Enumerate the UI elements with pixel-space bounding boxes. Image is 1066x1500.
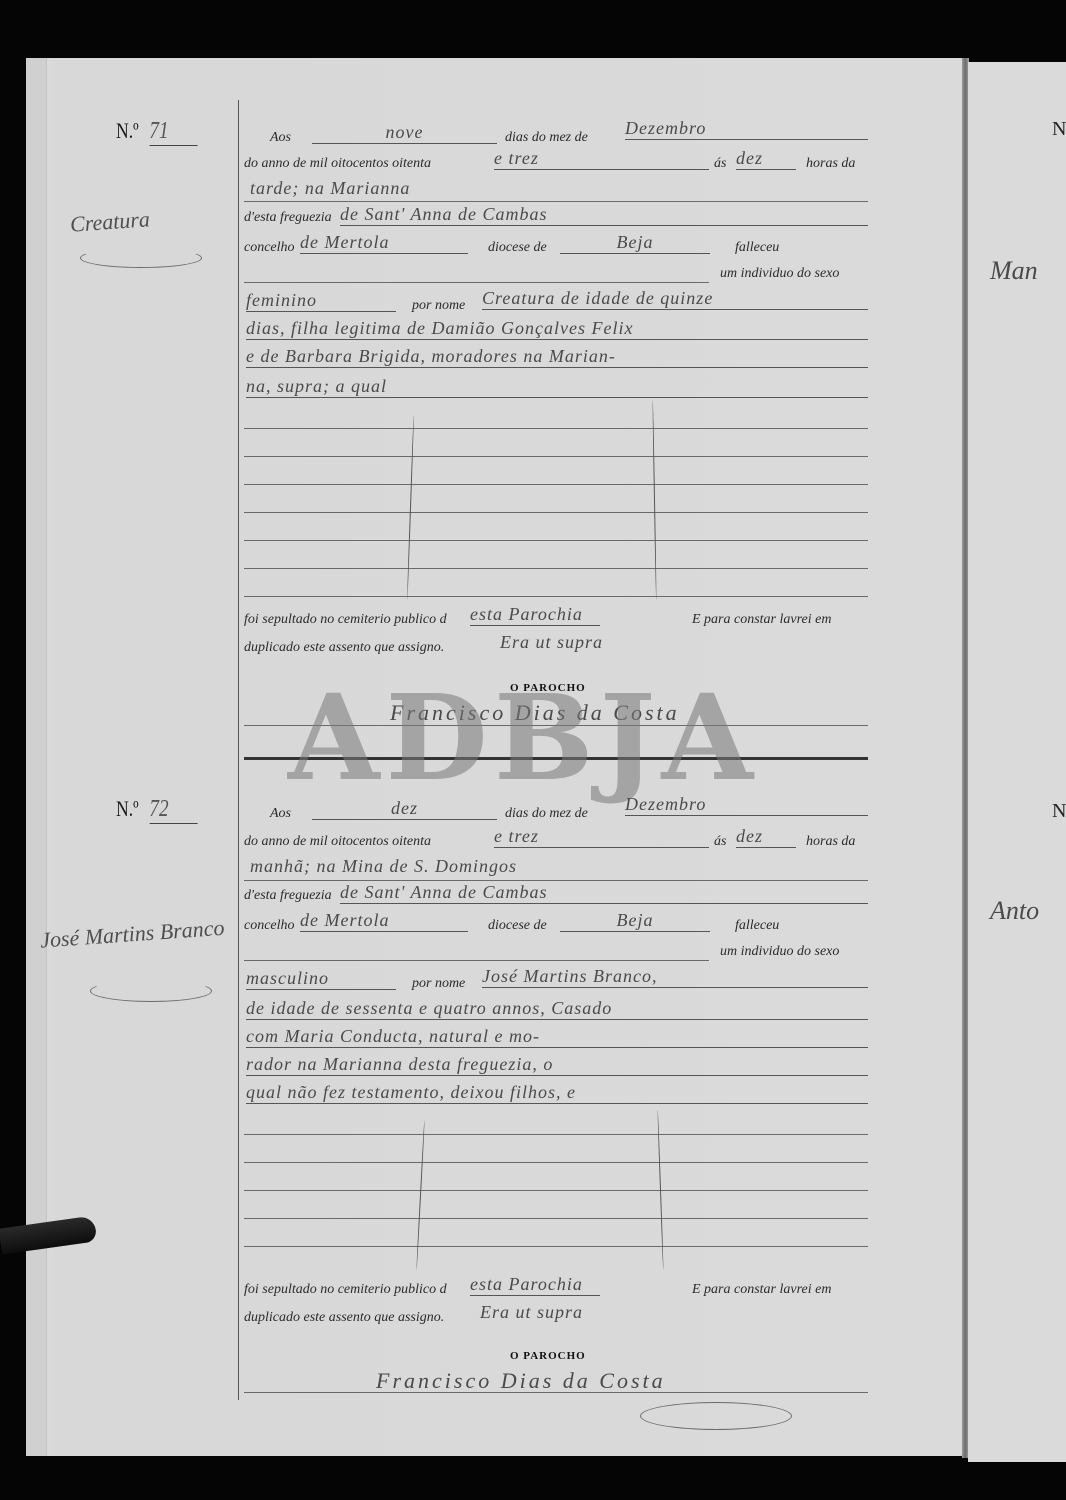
flourish-icon [90, 980, 212, 1002]
ruled-line [244, 1218, 868, 1219]
parocho-signature: Francisco Dias da Costa [376, 1368, 666, 1394]
next-page-number-label: N [1052, 118, 1066, 141]
hour-field: dez [736, 148, 796, 170]
entry-number-value: 71 [149, 118, 197, 146]
ruled-line [244, 282, 709, 283]
year-field: e trez [494, 826, 709, 848]
details-line: com Maria Conducta, natural e mo- [246, 1026, 868, 1048]
ruled-line [244, 960, 709, 961]
details-line: dias, filha legitima de Damião Gonçalves… [246, 318, 868, 340]
watermark: ADBJA [288, 668, 759, 807]
details-line: qual não fez testamento, deixou filhos, … [246, 1082, 868, 1104]
time-place-field: tarde; na Marianna [250, 178, 410, 199]
concelho-field: de Mertola [300, 910, 468, 932]
name-details-line: Creatura de idade de quinze [482, 288, 868, 310]
diocese-field: Beja [560, 910, 710, 932]
details-line: e de Barbara Brigida, moradores na Maria… [246, 346, 868, 368]
month-field: Dezembro [625, 794, 868, 816]
ruled-line [244, 1246, 868, 1247]
margin-rule [238, 100, 239, 1400]
sex-field: feminino [246, 290, 396, 312]
ruled-line [244, 456, 868, 457]
next-page-margin-name: Man [990, 256, 1038, 286]
day-field: nove [312, 122, 497, 144]
ruled-line [244, 880, 868, 881]
next-page-number-label: N [1052, 800, 1066, 823]
parocho-label: O PAROCHO [510, 1350, 586, 1362]
flourish-icon [80, 248, 202, 268]
sex-field: masculino [246, 968, 396, 990]
entry-number-value: 72 [149, 796, 197, 824]
signature-line [244, 1392, 868, 1393]
day-field: dez [312, 798, 497, 820]
ruled-line [244, 1134, 868, 1135]
cemetery-field: esta Parochia [470, 1274, 600, 1296]
month-field: Dezembro [625, 118, 868, 140]
details-line: na, supra; a qual [246, 376, 868, 398]
entry-number: N.º 72 [116, 796, 197, 824]
cemetery-field: esta Parochia [470, 604, 600, 626]
details-line: de idade de sessenta e quatro annos, Cas… [246, 998, 868, 1020]
time-place-field: manhã; na Mina de S. Domingos [250, 856, 517, 877]
ruled-line [244, 568, 868, 569]
ruled-line [244, 428, 868, 429]
margin-name: Creatura [69, 205, 151, 239]
ruled-line [244, 1162, 868, 1163]
ruled-line [244, 596, 868, 597]
name-details-line: José Martins Branco, [482, 966, 868, 988]
ruled-line [244, 540, 868, 541]
ruled-line [244, 484, 868, 485]
diocese-field: Beja [560, 232, 710, 254]
ruled-line [244, 1190, 868, 1191]
freguezia-field: de Sant' Anna de Cambas [340, 882, 868, 904]
era-ut-supra: Era ut supra [500, 632, 603, 653]
ruled-line [244, 201, 868, 202]
freguezia-field: de Sant' Anna de Cambas [340, 204, 868, 226]
details-line: rador na Marianna desta freguezia, o [246, 1054, 868, 1076]
era-ut-supra: Era ut supra [480, 1302, 583, 1323]
year-field: e trez [494, 148, 709, 170]
ruled-line [244, 512, 868, 513]
entry-number: N.º 71 [116, 118, 197, 146]
hour-field: dez [736, 826, 796, 848]
flourish-icon [640, 1402, 792, 1430]
next-page-margin-name: Anto [990, 896, 1039, 926]
concelho-field: de Mertola [300, 232, 468, 254]
